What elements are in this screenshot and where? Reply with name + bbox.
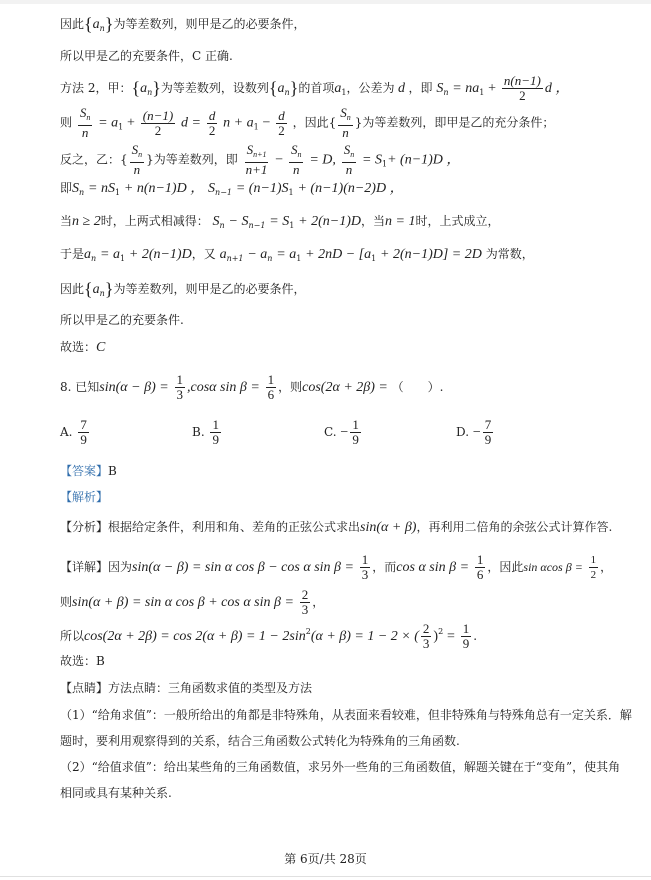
- text-line: 于是an = a1 + 2(n−1)D，又 an+1 − an = a1 + 2…: [60, 246, 534, 267]
- text: ，即: [408, 81, 432, 95]
- option-b: B. 19: [192, 418, 223, 447]
- question-8: 8. 已知sin(α − β) = 13,cosα sin β = 16，则co…: [60, 373, 444, 402]
- text-line: 所以甲是乙的充要条件.: [60, 312, 184, 328]
- text: 时，上式成立，: [415, 214, 499, 228]
- text: 为等差数列，则甲是乙的必要条件，: [113, 282, 305, 296]
- text: 根据给定条件，利用和角、差角的正弦公式求出: [108, 520, 360, 534]
- text: 为等差数列，则甲是乙的必要条件，: [113, 17, 305, 31]
- xiangjie-line-2: 则sin(α + β) = sin α cos β + cos α sin β …: [60, 588, 324, 617]
- math: = S: [362, 153, 382, 168]
- fraction: Snn: [338, 106, 353, 140]
- text: ，公差为: [346, 81, 394, 95]
- math: = D,: [309, 153, 336, 168]
- text: 于是: [60, 247, 84, 261]
- text-line: 方法 2，甲：{an}为等差数列，设数列{an}的首项a1，公差为 d ，即 S…: [60, 74, 569, 103]
- dianjing-p2-line2: 相同或具有某种关系.: [60, 785, 172, 801]
- math: d =: [181, 116, 201, 131]
- text: 时，上两式相减得：: [101, 214, 209, 228]
- dianjing-p1-line1: （1）“给角求值”：一般所给出的角都是非特殊角，从表面来看较难，但非特殊角与特殊…: [60, 707, 632, 723]
- text: ，因此: [293, 116, 329, 130]
- answer-blank: （ ）.: [392, 380, 444, 394]
- page-number: 第 6页/共 28页: [0, 850, 651, 867]
- math: + (n−1)D ，: [387, 153, 460, 168]
- text-line: 则 Snn = a1 + (n−1)2 d = d2 n + a1 − d2 ，…: [60, 106, 554, 140]
- text: 则: [60, 116, 72, 130]
- dianjing-p2-line1: （2）“给值求值”：给出某些角的三角函数值，求另外一些角的三角函数值，解题关键在…: [60, 759, 620, 775]
- option-c: C. −19: [324, 418, 363, 447]
- fraction: 16: [266, 373, 277, 402]
- xiangjie-tag: 【详解】: [60, 560, 108, 574]
- text: 所以甲是乙的充要条件.: [60, 313, 184, 327]
- text: 即: [60, 181, 72, 195]
- text-line: 当n ≥ 2时，上两式相减得： Sn − Sn−1 = S1 + 2(n−1)D…: [60, 213, 499, 234]
- text: ，则: [278, 380, 302, 394]
- fenxi-line: 【分析】根据给定条件，利用和角、差角的正弦公式求出sin(α + β)，再利用二…: [60, 519, 612, 536]
- fraction: d2: [207, 109, 218, 138]
- text: ，当: [361, 214, 385, 228]
- dianjing-tag: 【点睛】: [60, 681, 108, 695]
- text: 当: [60, 214, 72, 228]
- text: 所以甲是乙的充要条件，C 正确.: [60, 49, 233, 63]
- fraction: 13: [175, 373, 186, 402]
- text: 因此: [60, 282, 84, 296]
- left-brace: {: [84, 14, 93, 34]
- fraction: Snn: [130, 143, 145, 177]
- text: ，又: [192, 247, 216, 261]
- text: 已知: [75, 380, 99, 394]
- math: d ，: [545, 81, 570, 96]
- fraction: Snn: [342, 143, 357, 177]
- fenxi-tag: 【分析】: [60, 520, 108, 534]
- dianjing-p1-line2: 题时，要利用观察得到的关系，结合三角函数公式转化为特殊角的三角函数.: [60, 733, 460, 749]
- question-number: 8.: [60, 380, 71, 394]
- fraction: n(n−1)2: [502, 74, 543, 103]
- text: 为常数，: [486, 247, 534, 261]
- answer-value: B: [108, 464, 117, 478]
- answer-letter: B: [96, 654, 105, 668]
- fraction: Snn: [289, 143, 304, 177]
- text: 反之，乙：: [60, 153, 120, 167]
- text-line: 因此{an}为等差数列，则甲是乙的必要条件，: [60, 16, 305, 37]
- text: 为等差数列，设数列: [161, 81, 269, 95]
- choose-line: 故选：B: [60, 653, 105, 669]
- answer-line: 【答案】B: [60, 463, 117, 479]
- fraction: d2: [276, 109, 287, 138]
- math-var: a: [93, 17, 100, 32]
- math: = a: [98, 116, 118, 131]
- option-a: A. 79: [60, 418, 91, 447]
- text-line: 所以甲是乙的充要条件，C 正确.: [60, 48, 233, 64]
- text-line: 故选：C: [60, 339, 105, 356]
- text: 的首项: [298, 81, 334, 95]
- top-edge: [0, 0, 651, 4]
- answer-letter: C: [96, 340, 105, 355]
- text-line: 即Sn = nS1 + n(n−1)D ， Sn−1 = (n−1)S1 + (…: [60, 180, 404, 201]
- analysis-tag: 【解析】: [60, 490, 108, 504]
- text: 方法 2，甲：: [60, 81, 131, 95]
- text: 因此: [60, 17, 84, 31]
- text: 为等差数列，即甲是乙的充分条件；: [362, 116, 554, 130]
- xiangjie-line-3: 所以cos(2α + 2β) = cos 2(α + β) = 1 − 2sin…: [60, 622, 477, 651]
- dianjing-line: 【点睛】方法点睛：三角函数求值的类型及方法: [60, 680, 312, 696]
- option-d: D. −79: [456, 418, 495, 447]
- math: n + a: [223, 116, 253, 131]
- text: 为等差数列，即: [154, 153, 238, 167]
- text-line: 因此{an}为等差数列，则甲是乙的必要条件，: [60, 281, 305, 302]
- footer-divider: [0, 876, 651, 877]
- text: ，再利用二倍角的余弦公式计算作答.: [416, 520, 612, 534]
- answer-tag: 【答案】: [60, 464, 108, 478]
- fraction: Snn: [78, 106, 93, 140]
- fraction: (n−1)2: [141, 109, 175, 138]
- analysis-heading: 【解析】: [60, 489, 108, 505]
- fraction: Sn+1n+1: [244, 143, 270, 177]
- text: 故选：: [60, 340, 96, 354]
- math: = na: [452, 81, 479, 96]
- xiangjie-line: 【详解】因为sin(α − β) = sin α cos β − cos α s…: [60, 553, 612, 582]
- text-line: 反之，乙：{Snn}为等差数列，即 Sn+1n+1 − Snn = D, Snn…: [60, 143, 460, 177]
